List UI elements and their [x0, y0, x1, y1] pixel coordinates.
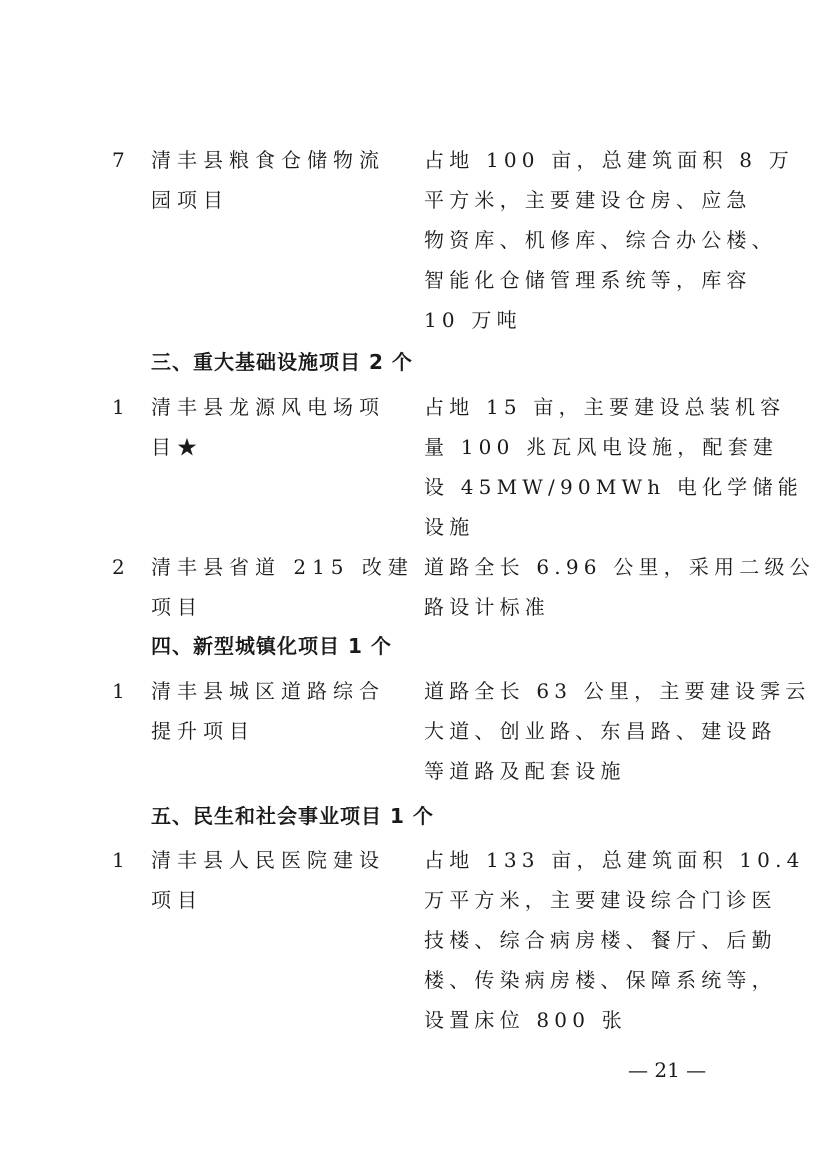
project-description: 10 万吨 [424, 308, 522, 332]
project-description: 技楼、综合病房楼、餐厅、后勤 [424, 928, 777, 952]
row-number: 1 [112, 848, 125, 872]
section-heading: 四、新型城镇化项目 1 个 [151, 634, 392, 658]
project-description: 占地 100 亩，总建筑面积 8 万 [424, 148, 794, 172]
project-name: 清丰县粮食仓储物流 [151, 148, 385, 172]
row-number: 1 [112, 395, 125, 419]
section-heading: 三、重大基础设施项目 2 个 [151, 350, 413, 374]
project-description: 设置床位 800 张 [424, 1008, 627, 1032]
project-description: 道路全长 6.96 公里，采用二级公 [424, 555, 815, 579]
project-name: 目★ [151, 435, 203, 459]
project-name: 园项目 [151, 188, 229, 212]
row-number: 2 [112, 555, 125, 579]
project-description: 量 100 兆瓦风电设施，配套建 [424, 435, 778, 459]
project-description: 占地 15 亩，主要建设总装机容 [424, 395, 785, 419]
project-description: 平方米，主要建设仓房、应急 [424, 188, 752, 212]
project-description: 道路全长 63 公里，主要建设霁云 [424, 679, 811, 703]
project-name: 清丰县人民医院建设 [151, 848, 385, 872]
project-name: 项目 [151, 888, 203, 912]
project-description: 占地 133 亩，总建筑面积 10.4 [424, 848, 805, 872]
project-name: 清丰县省道 215 改建 [151, 555, 414, 579]
project-name: 清丰县龙源风电场项 [151, 395, 385, 419]
project-description: 物资库、机修库、综合办公楼、 [424, 228, 777, 252]
project-name: 项目 [151, 595, 203, 619]
project-description: 等道路及配套设施 [424, 759, 626, 783]
project-description: 设施 [424, 515, 474, 539]
project-description: 设 45MW/90MWh 电化学储能 [424, 475, 803, 499]
project-description: 万平方米，主要建设综合门诊医 [424, 888, 777, 912]
row-number: 1 [112, 679, 125, 703]
project-name: 提升项目 [151, 719, 255, 743]
project-description: 楼、传染病房楼、保障系统等， [424, 968, 777, 992]
page-number: — 21 — [628, 1058, 706, 1082]
project-description: 大道、创业路、东昌路、建设路 [424, 719, 777, 743]
project-description: 智能化仓储管理系统等，库容 [424, 268, 752, 292]
project-name: 清丰县城区道路综合 [151, 679, 385, 703]
project-description: 路设计标准 [424, 595, 550, 619]
section-heading: 五、民生和社会事业项目 1 个 [151, 804, 434, 828]
row-number: 7 [112, 148, 125, 172]
